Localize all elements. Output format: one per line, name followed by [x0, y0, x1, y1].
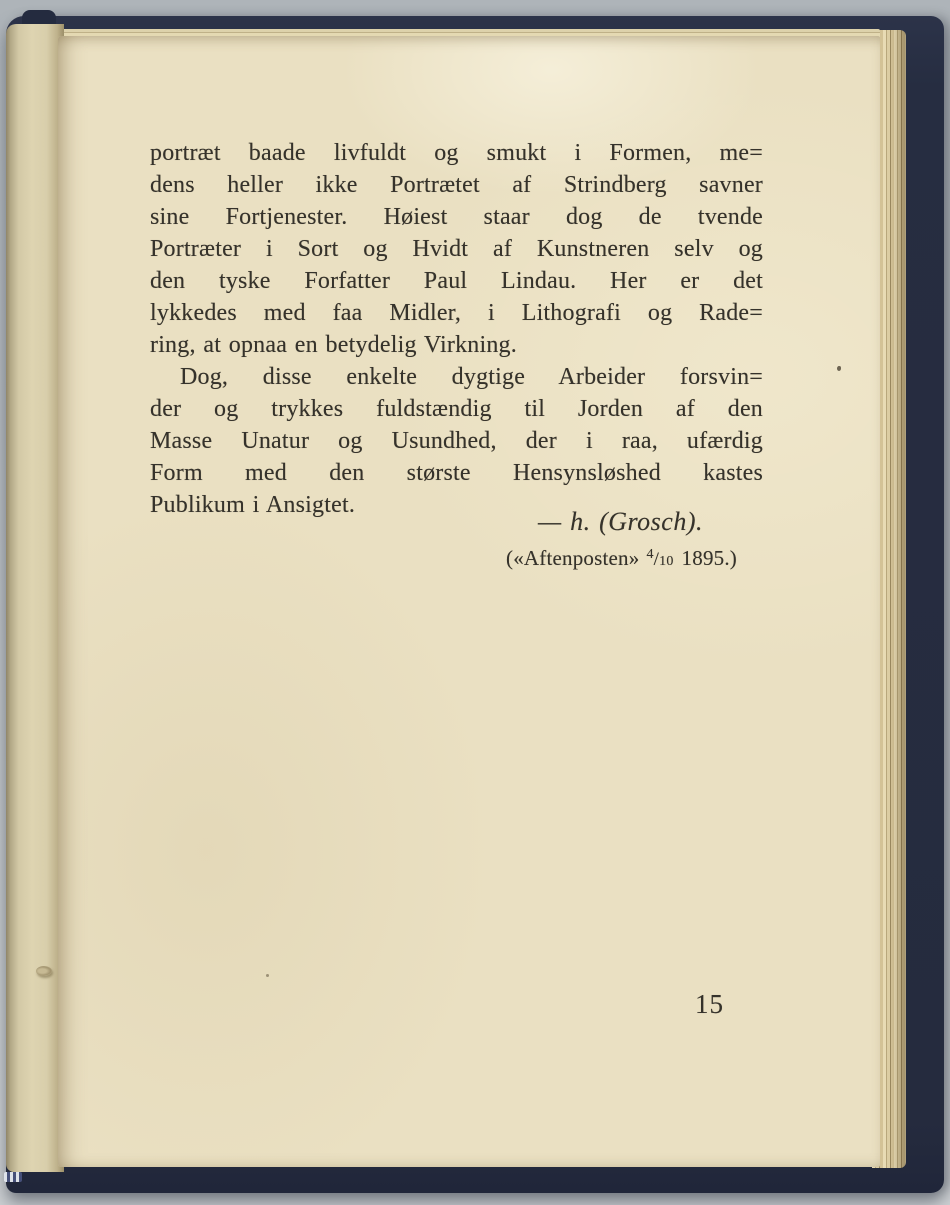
- text-line: lykkedes med faa Midler, i Lithografi og…: [150, 297, 763, 329]
- scanner-background: portræt baade livfuldt og smukt i Formen…: [0, 0, 950, 1205]
- text-line: Masse Unatur og Usundhed, der i raa, ufæ…: [150, 425, 763, 457]
- gutter-pages: [6, 24, 64, 1172]
- text-line: der og trykkes fuldstændig til Jorden af…: [150, 393, 763, 425]
- fraction-denominator: 10: [659, 554, 673, 569]
- fraction-numerator: 4: [646, 547, 653, 562]
- endband-bottom: [4, 1172, 22, 1182]
- paper-speck: [266, 974, 269, 977]
- text-line: dens heller ikke Portrætet af Strindberg…: [150, 169, 763, 201]
- text-line: sine Fortjenester. Høiest staar dog de t…: [150, 201, 763, 233]
- text-block: portræt baade livfuldt og smukt i Formen…: [150, 137, 763, 578]
- citation-year: 1895.): [682, 546, 737, 570]
- text-line: Dog, disse enkelte dygtige Arbeider fors…: [150, 361, 763, 393]
- text-line: portræt baade livfuldt og smukt i Formen…: [150, 137, 763, 169]
- text-line: den tyske Forfatter Paul Lindau. Her er …: [150, 265, 763, 297]
- paper-curl-flaw: [36, 966, 52, 976]
- text-line: Form med den største Hensynsløshed kaste…: [150, 457, 763, 489]
- paper-speck: [837, 366, 841, 371]
- book-page: portræt baade livfuldt og smukt i Formen…: [58, 36, 880, 1167]
- text-line: ring, at opnaa en betydelig Virkning.: [150, 329, 763, 361]
- text-line: Portræter i Sort og Hvidt af Kunstneren …: [150, 233, 763, 265]
- citation-source: («Aftenposten»: [506, 546, 639, 570]
- page-number: 15: [695, 989, 724, 1020]
- citation-line: («Aftenposten»4/101895.): [150, 539, 763, 578]
- citation-date-fraction: 4/10: [646, 546, 673, 570]
